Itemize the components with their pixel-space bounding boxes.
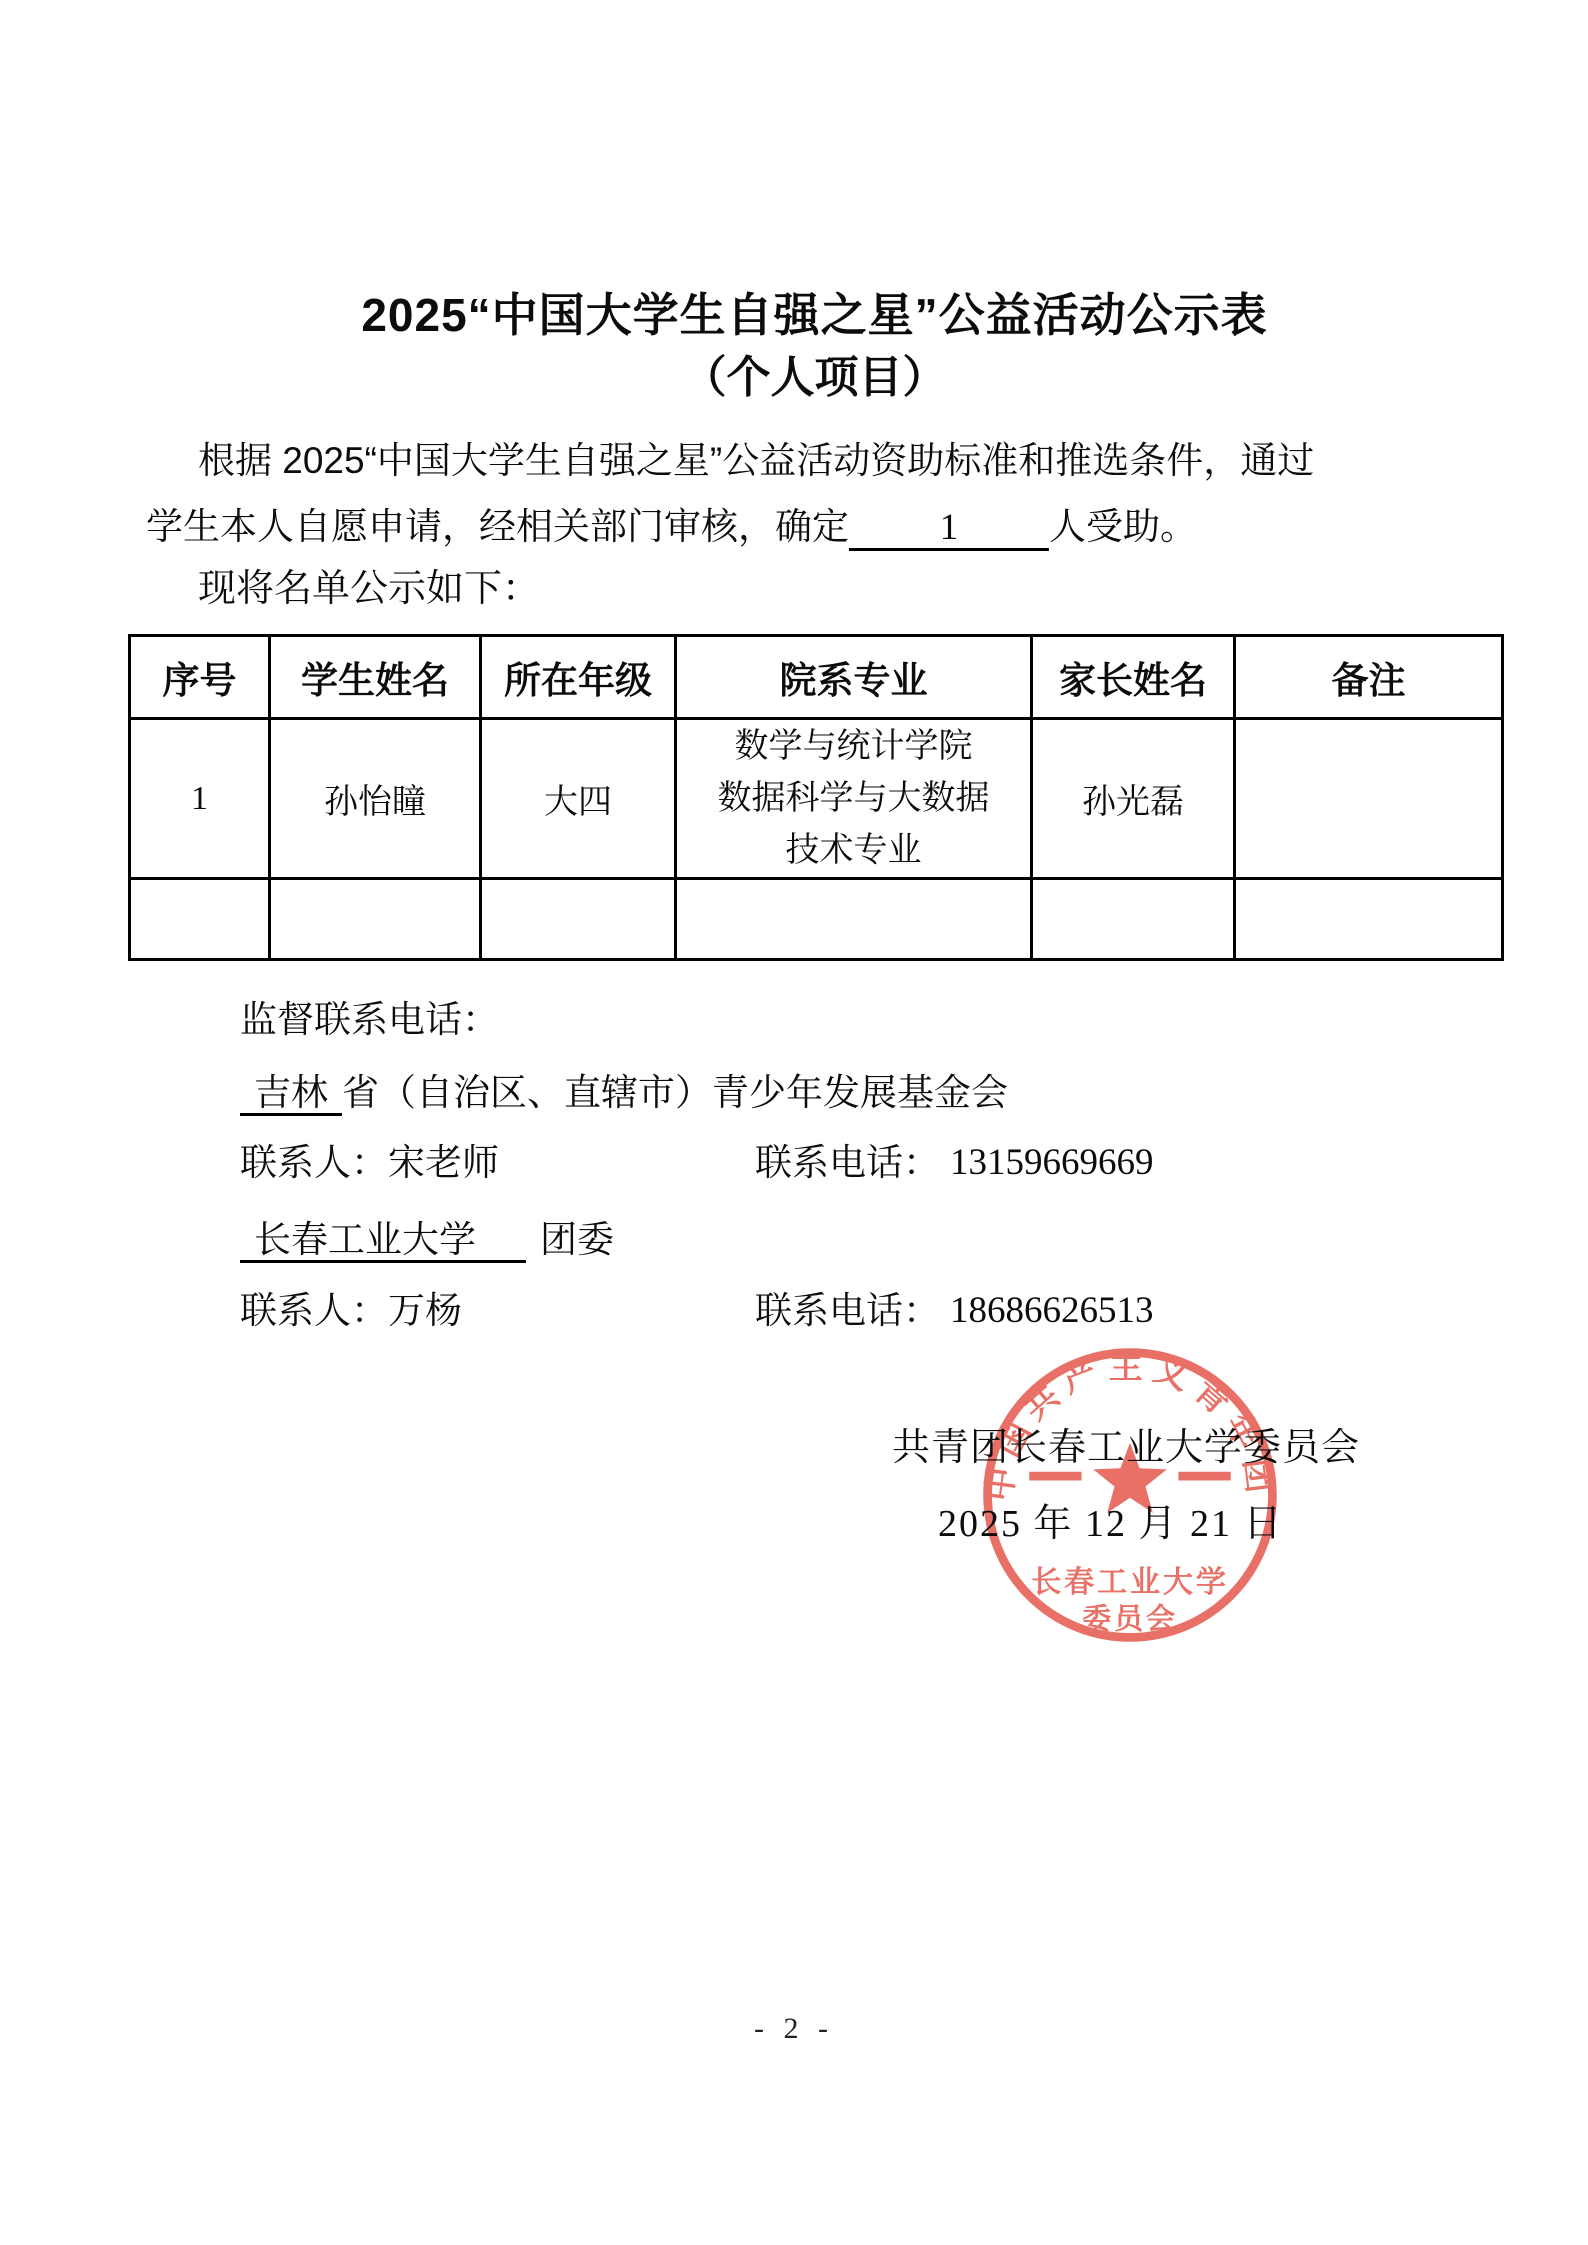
department-line-2: 数据科学与大数据 (677, 773, 1030, 825)
contact-row-2: 联系人：万杨 联系电话： 18686626513 (240, 1287, 1501, 1335)
col-header-grade: 所在年级 (481, 636, 676, 719)
cell-parent-name: 孙光磊 (1032, 719, 1235, 879)
cell-grade (481, 879, 676, 960)
seal-university-text: 长春工业大学 (1031, 1565, 1229, 1599)
phone-2-label: 联系电话： (755, 1287, 940, 1335)
university-committee-line: 长春工业大学团委 (240, 1213, 1501, 1267)
university-name-underlined: 长春工业大学 (240, 1219, 526, 1263)
table-row-empty (130, 879, 1503, 960)
phone-2-value: 18686626513 (950, 1287, 1154, 1335)
table-row: 1 孙怡瞳 大四 数学与统计学院 数据科学与大数据 技术专业 孙光磊 (130, 719, 1503, 879)
page-subtitle: （个人项目） (128, 348, 1501, 408)
document-page: 2025“中国大学生自强之星”公益活动公示表 （个人项目） 根据 2025“中国… (0, 0, 1588, 2245)
seal-committee-text: 委员会 (1082, 1603, 1178, 1636)
col-header-note: 备注 (1235, 636, 1503, 719)
table-header-row: 序号 学生姓名 所在年级 院系专业 家长姓名 备注 (130, 636, 1503, 719)
seal-right-dash (1178, 1472, 1230, 1481)
cell-department: 数学与统计学院 数据科学与大数据 技术专业 (676, 719, 1032, 879)
phone-1-label: 联系电话： (755, 1139, 940, 1187)
cell-no (130, 879, 270, 960)
cell-parent-name (1032, 879, 1235, 960)
cell-note (1235, 719, 1503, 879)
province-name-underlined: 吉林 (240, 1072, 342, 1116)
col-header-department: 院系专业 (676, 636, 1032, 719)
cell-student-name: 孙怡瞳 (270, 719, 481, 879)
contact-2-name: 联系人：万杨 (240, 1287, 755, 1335)
seal-left-dash (1029, 1472, 1081, 1481)
department-line-3: 技术专业 (677, 825, 1030, 877)
list-intro: 现将名单公示如下： (128, 560, 1501, 618)
count-blank: 1 (849, 508, 1049, 551)
col-header-parent-name: 家长姓名 (1032, 636, 1235, 719)
contact-section: 监督联系电话： 吉林省（自治区、直辖市）青少年发展基金会 联系人：宋老师 联系电… (240, 995, 1501, 1335)
col-header-student-name: 学生姓名 (270, 636, 481, 719)
intro-line-2: 学生本人自愿申请，经相关部门审核，确定1人受助。 (128, 494, 1501, 560)
contact-row-1: 联系人：宋老师 联系电话： 13159669669 (240, 1139, 1501, 1187)
department-line-1: 数学与统计学院 (677, 721, 1030, 773)
count-value: 1 (940, 507, 959, 548)
page-title: 2025“中国大学生自强之星”公益活动公示表 (128, 282, 1501, 348)
university-line-rest: 团委 (540, 1219, 614, 1260)
intro-line-2-post: 人受助。 (1049, 506, 1197, 547)
phone-1-value: 13159669669 (950, 1139, 1154, 1187)
intro-line-1: 根据 2025“中国大学生自强之星”公益活动资助标准和推选条件，通过 (128, 428, 1501, 494)
cell-grade: 大四 (481, 719, 676, 879)
province-line-rest: 省（自治区、直辖市）青少年发展基金会 (342, 1072, 1008, 1113)
intro-line-2-pre: 学生本人自愿申请，经相关部门审核，确定 (146, 506, 849, 547)
page-number: - 2 - (0, 2012, 1588, 2046)
supervision-phone-label: 监督联系电话： (240, 995, 1501, 1045)
province-foundation-line: 吉林省（自治区、直辖市）青少年发展基金会 (240, 1067, 1501, 1119)
contact-1-name: 联系人：宋老师 (240, 1139, 755, 1187)
col-header-no: 序号 (130, 636, 270, 719)
signature-organization: 共青团长春工业大学委员会 (892, 1416, 1360, 1471)
cell-student-name (270, 879, 481, 960)
intro-paragraph: 根据 2025“中国大学生自强之星”公益活动资助标准和推选条件，通过 学生本人自… (128, 428, 1501, 560)
cell-department (676, 879, 1032, 960)
cell-note (1235, 879, 1503, 960)
roster-table: 序号 学生姓名 所在年级 院系专业 家长姓名 备注 1 孙怡瞳 大四 数学与统计… (128, 634, 1504, 961)
cell-no: 1 (130, 719, 270, 879)
signature-date: 2025 年 12 月 21 日 (938, 1492, 1284, 1547)
